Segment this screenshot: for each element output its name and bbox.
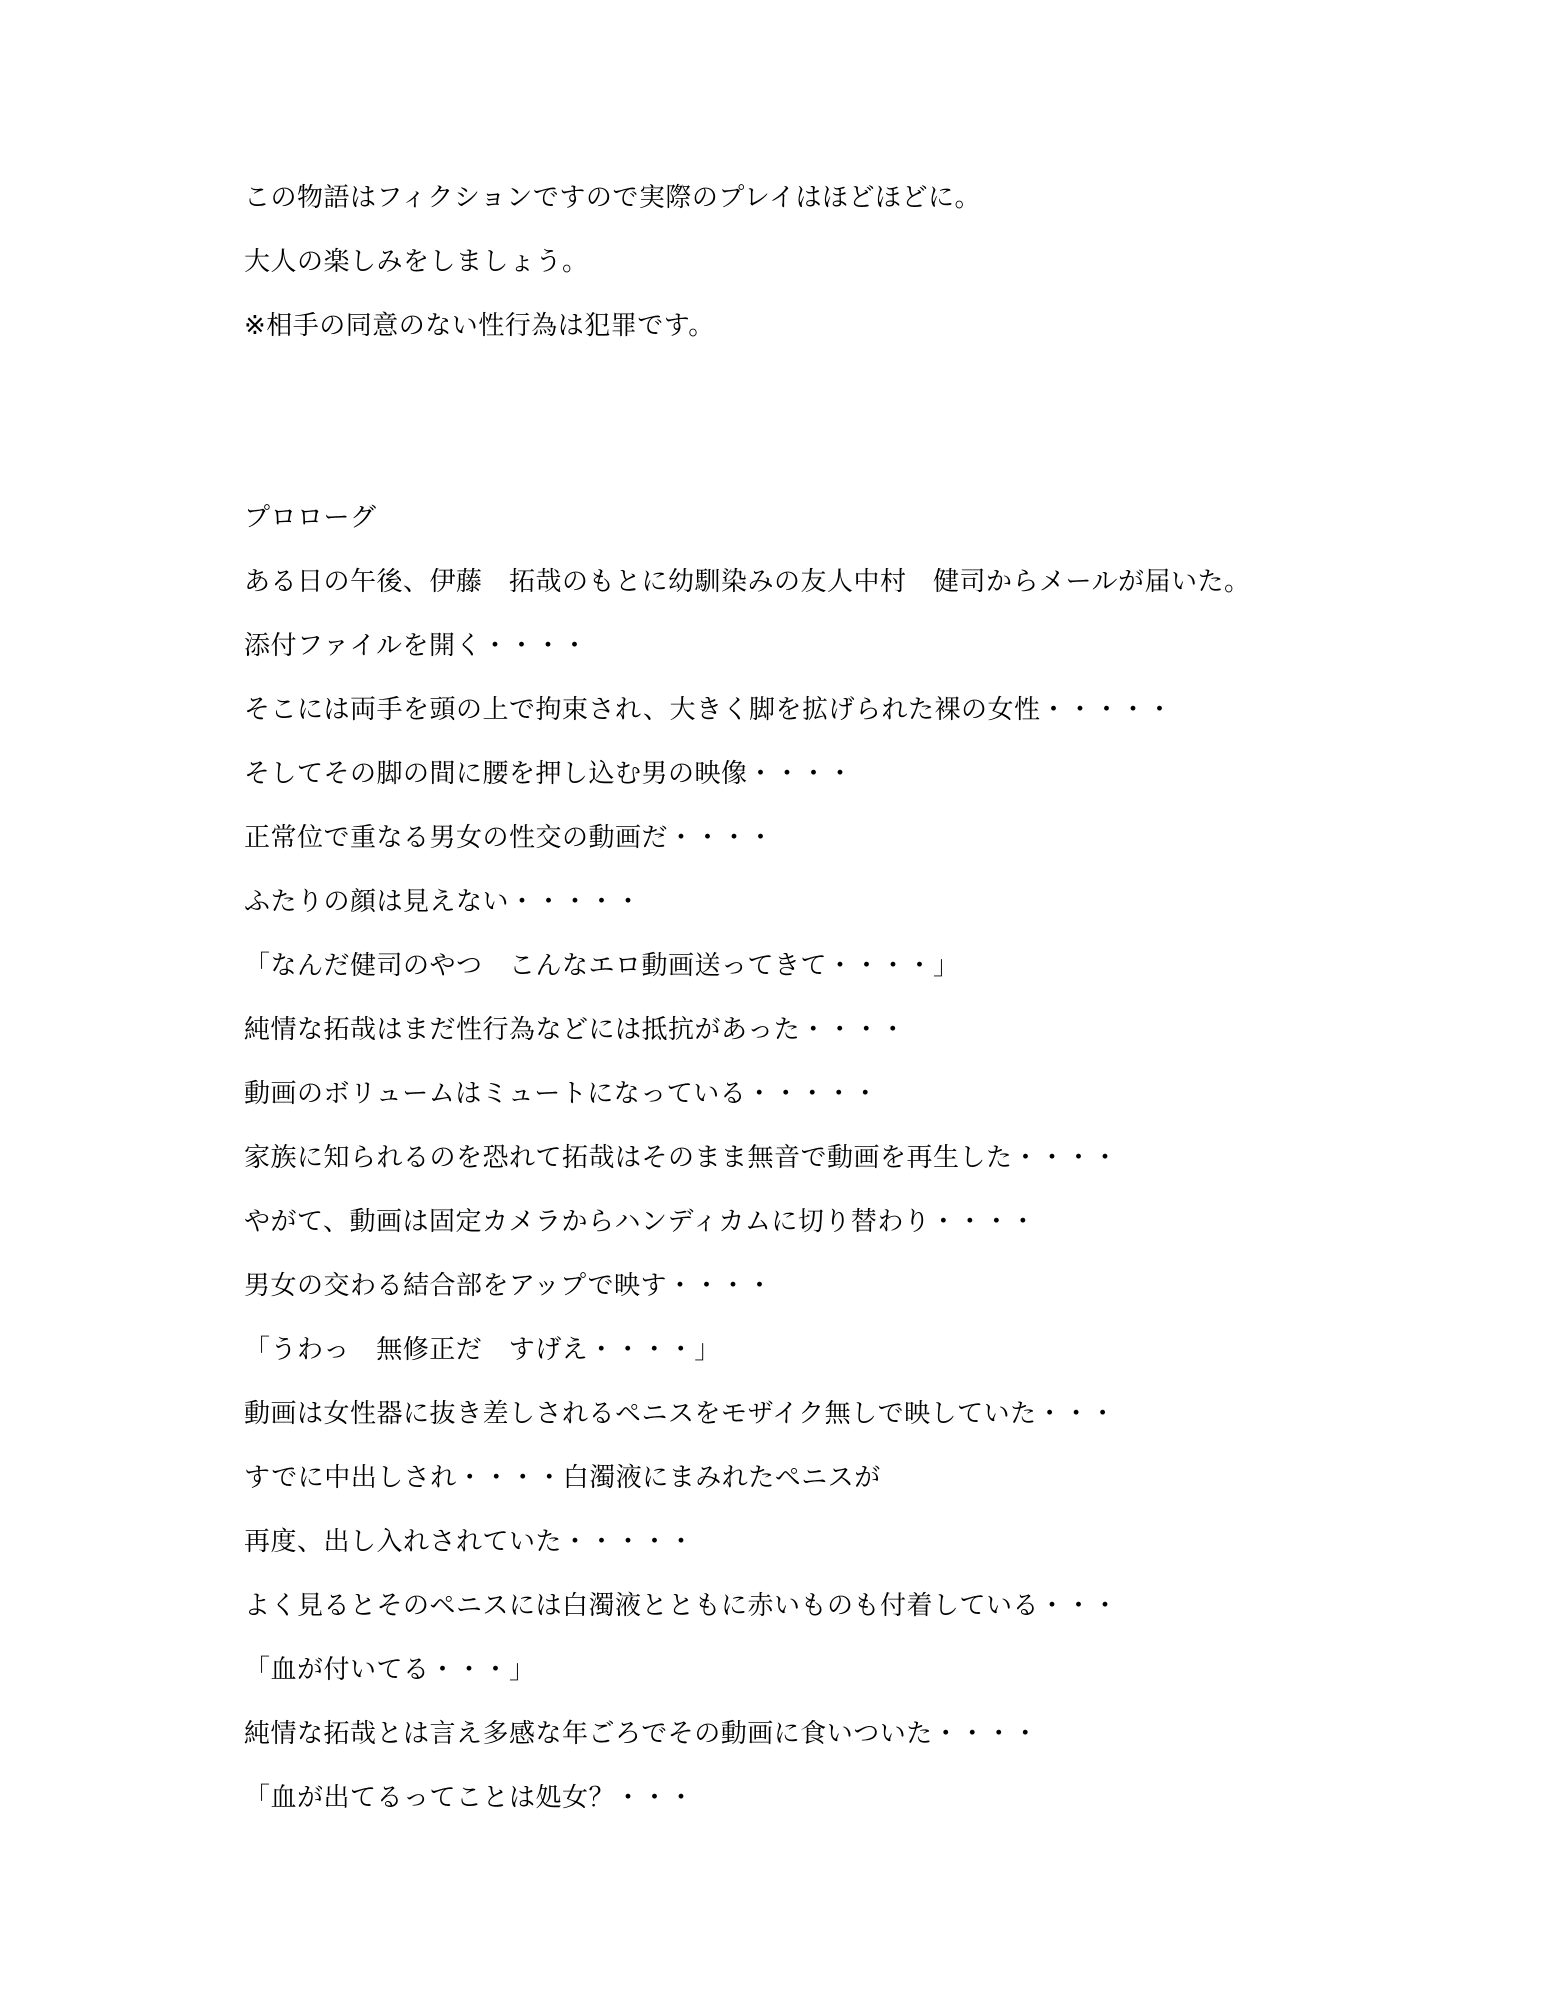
- disclaimer-block: この物語はフィクションですので実際のプレイはほどほどに。大人の楽しみをしましょう…: [244, 165, 1505, 357]
- text-line: 動画のボリュームはミュートになっている・・・・・: [244, 1061, 1505, 1125]
- section-title: プロローグ: [244, 485, 1505, 549]
- text-line: ふたりの顔は見えない・・・・・: [244, 869, 1505, 933]
- text-line: 「うわっ 無修正だ すげえ・・・・」: [244, 1317, 1505, 1381]
- text-line: ある日の午後、伊藤 拓哉のもとに幼馴染みの友人中村 健司からメールが届いた。: [244, 549, 1505, 613]
- text-line: 「血が付いてる・・・」: [244, 1637, 1505, 1701]
- text-line: よく見るとそのペニスには白濁液とともに赤いものも付着している・・・: [244, 1573, 1505, 1637]
- text-line: 動画は女性器に抜き差しされるペニスをモザイク無しで映していた・・・: [244, 1381, 1505, 1445]
- text-line: 純情な拓哉とは言え多感な年ごろでその動画に食いついた・・・・: [244, 1701, 1505, 1765]
- text-line: 再度、出し入れされていた・・・・・: [244, 1509, 1505, 1573]
- text-line: 正常位で重なる男女の性交の動画だ・・・・: [244, 805, 1505, 869]
- document-page: この物語はフィクションですので実際のプレイはほどほどに。大人の楽しみをしましょう…: [0, 0, 1545, 2000]
- text-line: 純情な拓哉はまだ性行為などには抵抗があった・・・・: [244, 997, 1505, 1061]
- text-line: 「なんだ健司のやつ こんなエロ動画送ってきて・・・・」: [244, 933, 1505, 997]
- text-line: そこには両手を頭の上で拘束され、大きく脚を拡げられた裸の女性・・・・・: [244, 677, 1505, 741]
- text-line: 添付ファイルを開く・・・・: [244, 613, 1505, 677]
- text-line: 男女の交わる結合部をアップで映す・・・・: [244, 1253, 1505, 1317]
- text-line: やがて、動画は固定カメラからハンディカムに切り替わり・・・・: [244, 1189, 1505, 1253]
- text-line: ※相手の同意のない性行為は犯罪です。: [244, 293, 1505, 357]
- prologue-body: ある日の午後、伊藤 拓哉のもとに幼馴染みの友人中村 健司からメールが届いた。添付…: [244, 549, 1505, 1829]
- text-line: すでに中出しされ・・・・白濁液にまみれたペニスが: [244, 1445, 1505, 1509]
- text-line: 大人の楽しみをしましょう。: [244, 229, 1505, 293]
- text-line: この物語はフィクションですので実際のプレイはほどほどに。: [244, 165, 1505, 229]
- text-line: 家族に知られるのを恐れて拓哉はそのまま無音で動画を再生した・・・・: [244, 1125, 1505, 1189]
- text-line: 「血が出てるってことは処女？・・・: [244, 1765, 1505, 1829]
- text-line: そしてその脚の間に腰を押し込む男の映像・・・・: [244, 741, 1505, 805]
